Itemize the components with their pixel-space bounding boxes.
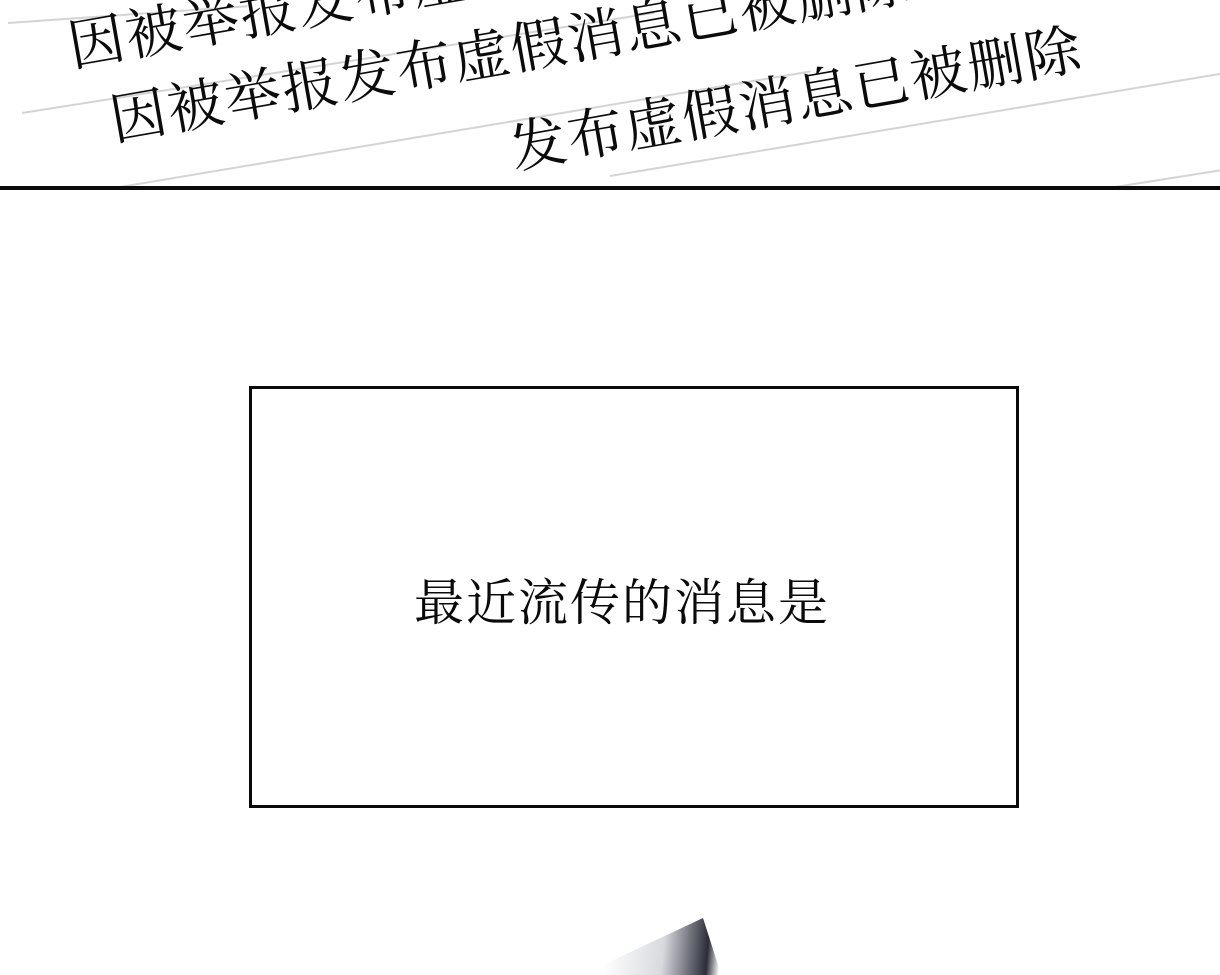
- dark-shape-fragment: [575, 918, 735, 975]
- panel-divider: [0, 186, 1220, 190]
- news-headline-panel: 因被举报发布虚假消息已被删除 因被举报发布虚假消息已被删除 发布虚假消息已被删除: [0, 0, 1220, 187]
- caption-text: 最近流传的消息是: [414, 578, 830, 628]
- ruled-line: [1115, 164, 1220, 187]
